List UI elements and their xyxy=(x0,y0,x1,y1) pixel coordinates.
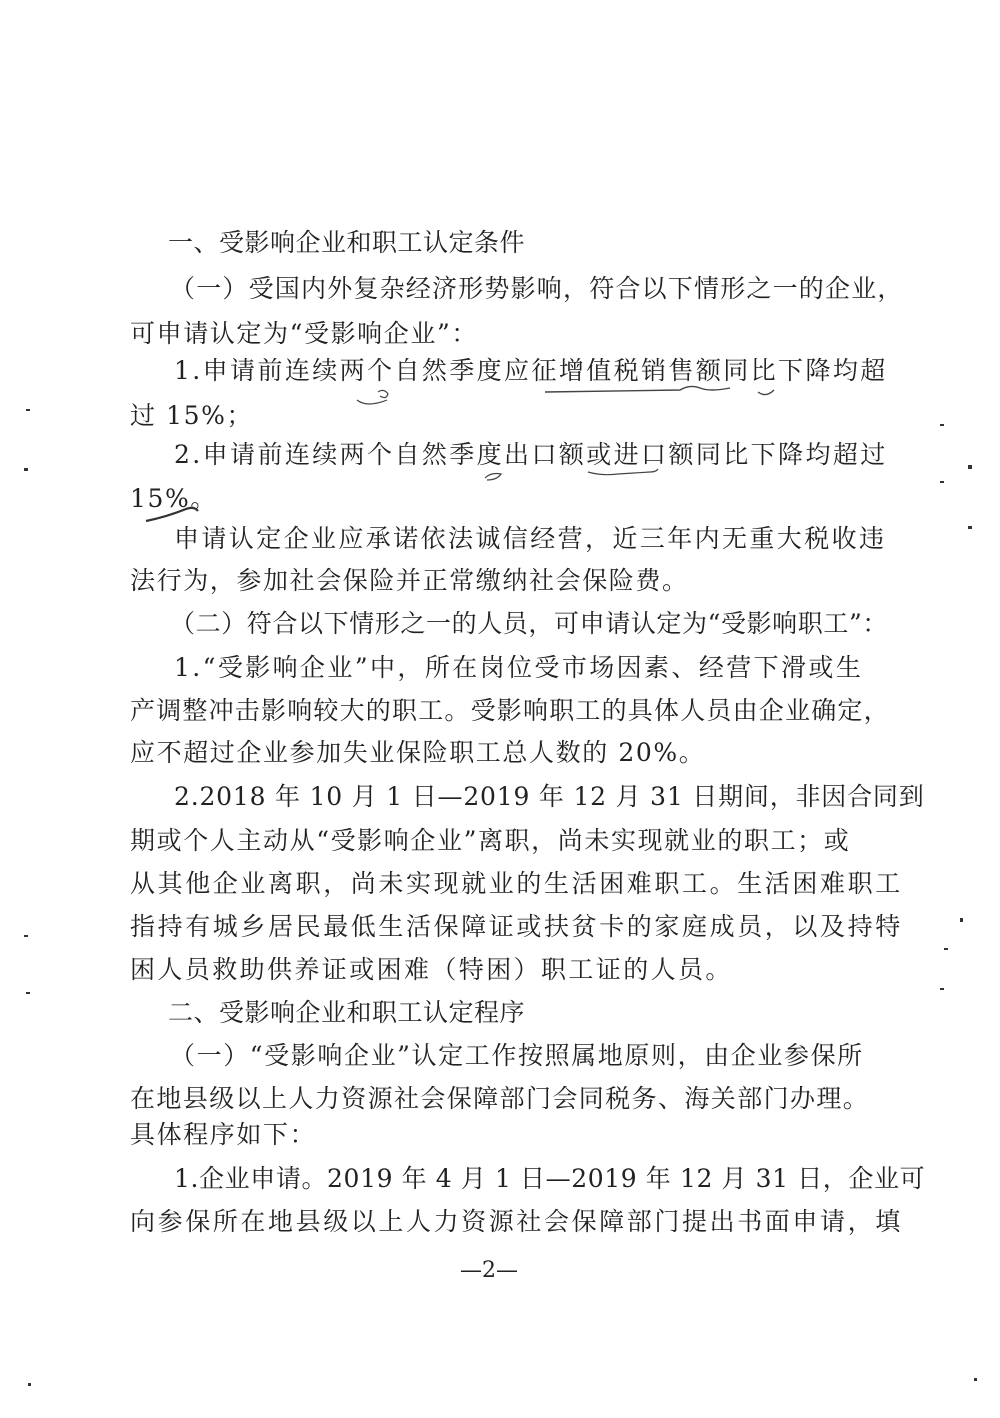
scan-speck xyxy=(24,935,28,937)
scan-speck xyxy=(944,948,948,950)
scan-speck xyxy=(26,992,30,994)
scan-speck xyxy=(940,481,944,483)
scan-speck xyxy=(940,988,944,990)
scan-speck xyxy=(974,1378,977,1381)
document-page: 一、受影响企业和职工认定条件 （一）受国内外复杂经济形势影响，符合以下情形之一的… xyxy=(0,0,1000,1418)
scan-speck xyxy=(26,409,30,411)
scan-speck xyxy=(968,465,972,469)
scan-speck xyxy=(940,424,944,426)
scan-speck xyxy=(24,468,28,471)
scan-speck xyxy=(960,918,963,922)
scan-speck xyxy=(968,526,972,529)
scan-speck xyxy=(28,1383,31,1386)
handwritten-underline-annotation xyxy=(0,0,1000,1418)
